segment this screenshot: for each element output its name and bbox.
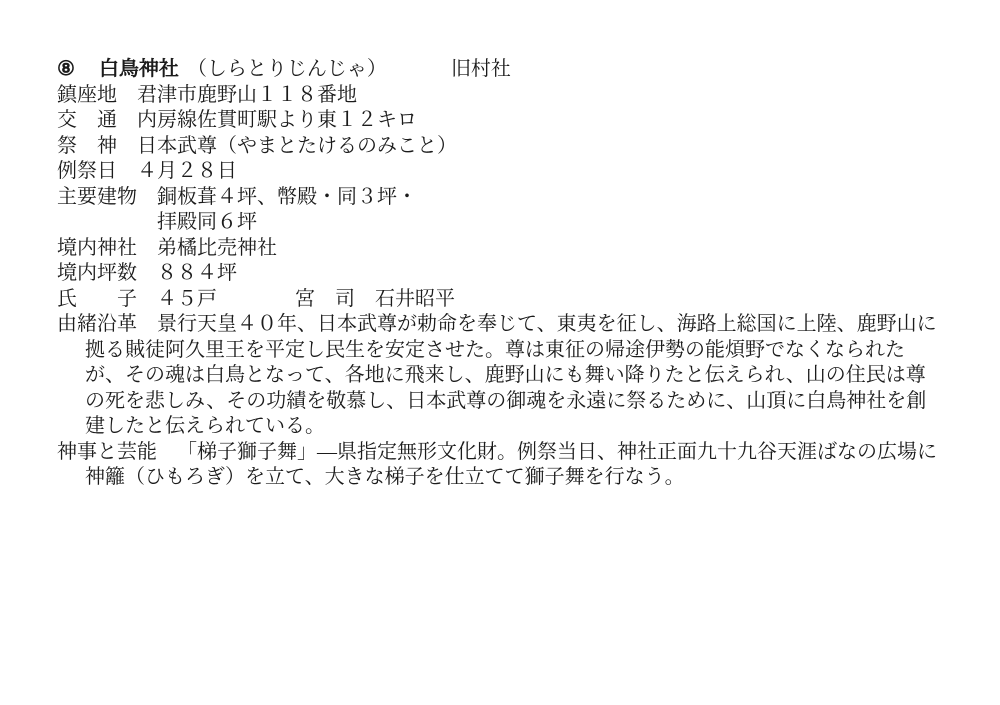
field-row-festival-day: 例祭日４月２８日 [57,159,970,185]
field-value-continued: 拝殿同６坪 [157,211,257,233]
history-text: 建したと伝えられている。 [85,415,325,437]
field-value: 銅板葺４坪、幣殿・同３坪・ [157,186,417,208]
field-label: 例祭日 [57,159,117,185]
field-label: 鎮座地 [57,83,117,109]
field-row-buildings-continued: 拝殿同６坪 [157,210,970,236]
guji-value: 石井昭平 [375,288,455,310]
rituals-text: 「梯子獅子舞」―県指定無形文化財。例祭当日、神社正面九十九谷天涯ばなの広場に [177,441,937,463]
field-label: 主要建物 [57,185,137,211]
history-text: が、その魂は白鳥となって、各地に飛来し、鹿野山にも舞い降りたと伝えられ、山の住民… [85,364,926,386]
history-text: 拠る賊徒阿久里王を平定し民生を安定させた。尊は東征の帰途伊勢の能煩野でなくなられ… [85,339,905,361]
ujiko-value: ４５戸 [157,288,217,310]
history-paragraph-line-4: の死を悲しみ、その功績を敬慕し、日本武尊の御魂を永遠に祭るために、山頂に白鳥神社… [85,389,970,415]
field-row-access: 交 通内房線佐貫町駅より東１２キロ [57,108,970,134]
field-row-location: 鎮座地君津市鹿野山１１８番地 [57,83,970,109]
field-label: 境内坪数 [57,261,137,287]
history-paragraph-line-3: が、その魂は白鳥となって、各地に飛来し、鹿野山にも舞い降りたと伝えられ、山の住民… [85,363,970,389]
history-text: 景行天皇４０年、日本武尊が勅命を奉じて、東夷を征し、海路上総国に上陸、鹿野山に [157,313,937,335]
field-value: ４月２８日 [137,160,237,182]
history-paragraph-line-2: 拠る賊徒阿久里王を平定し民生を安定させた。尊は東征の帰途伊勢の能煩野でなくなられ… [85,338,970,364]
rituals-text: 神籬（ひもろぎ）を立て、大きな梯子を仕立てて獅子舞を行なう。 [85,466,685,488]
field-label: 祭 神 [57,134,117,160]
scanned-document-page: ⑧白鳥神社（しらとりじんじゃ）旧村社 鎮座地君津市鹿野山１１８番地 交 通内房線… [0,0,1000,705]
field-row-precinct-shrine: 境内神社弟橘比売神社 [57,236,970,262]
field-value: 日本武尊（やまとたけるのみこと） [137,135,457,157]
shrine-heading: ⑧白鳥神社（しらとりじんじゃ）旧村社 [57,57,970,83]
field-row-ujiko-and-guji: 氏 子４５戸宮 司石井昭平 [57,287,970,313]
ujiko-label: 氏 子 [57,287,137,313]
shrine-name: 白鳥神社 [99,58,179,80]
shrine-name-reading: （しらとりじんじゃ） [187,58,387,80]
field-value: ８８４坪 [157,262,237,284]
history-label: 由緒沿革 [57,312,137,338]
field-row-buildings: 主要建物銅板葺４坪、幣殿・同３坪・ [57,185,970,211]
history-paragraph-line-5: 建したと伝えられている。 [85,414,970,440]
field-value: 内房線佐貫町駅より東１２キロ [137,109,417,131]
field-row-precinct-area: 境内坪数８８４坪 [57,261,970,287]
field-row-deity: 祭 神日本武尊（やまとたけるのみこと） [57,134,970,160]
guji-label: 宮 司 [295,288,355,310]
rituals-label: 神事と芸能 [57,440,157,466]
rituals-paragraph-line-2: 神籬（ひもろぎ）を立て、大きな梯子を仕立てて獅子舞を行なう。 [85,465,970,491]
rituals-paragraph-line-1: 神事と芸能「梯子獅子舞」―県指定無形文化財。例祭当日、神社正面九十九谷天涯ばなの… [57,440,970,466]
shrine-registry-entry: ⑧白鳥神社（しらとりじんじゃ）旧村社 鎮座地君津市鹿野山１１８番地 交 通内房線… [57,57,970,491]
shrine-former-rank: 旧村社 [451,58,511,80]
field-value: 弟橘比売神社 [157,237,277,259]
history-text: の死を悲しみ、その功績を敬慕し、日本武尊の御魂を永遠に祭るために、山頂に白鳥神社… [85,390,926,412]
field-label: 境内神社 [57,236,137,262]
entry-number: ⑧ [57,58,75,80]
field-value: 君津市鹿野山１１８番地 [137,84,357,106]
history-paragraph-line-1: 由緒沿革景行天皇４０年、日本武尊が勅命を奉じて、東夷を征し、海路上総国に上陸、鹿… [57,312,970,338]
field-label: 交 通 [57,108,117,134]
